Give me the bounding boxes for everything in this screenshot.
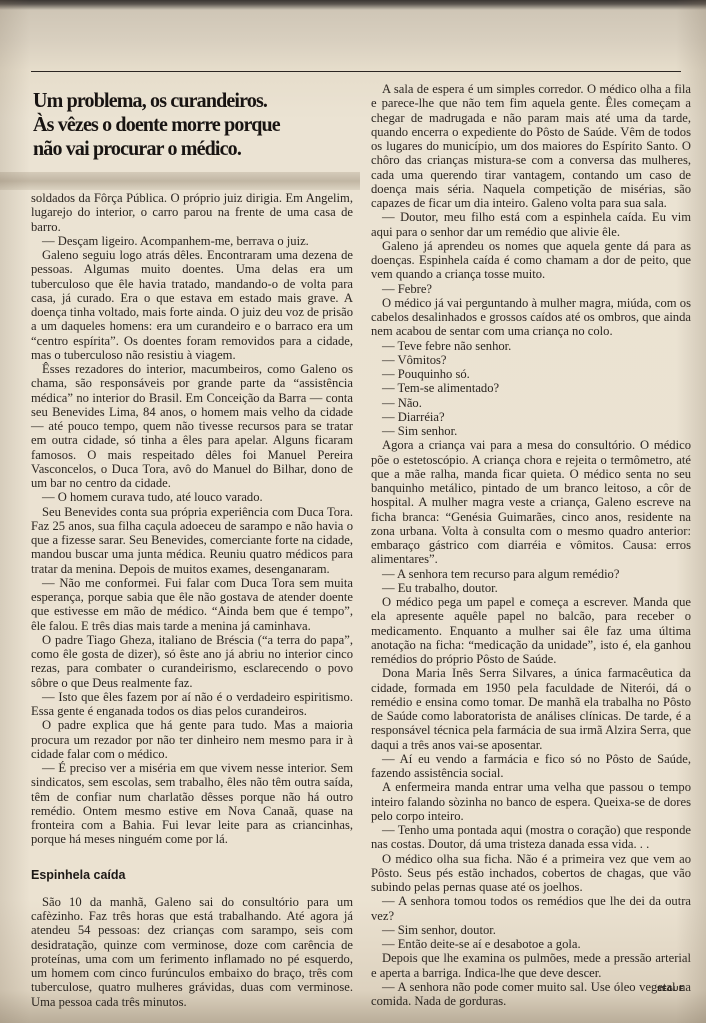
- paragraph: — O homem curava tudo, até louco varado.: [31, 490, 353, 504]
- paragraph: — Vômitos?: [371, 353, 691, 367]
- magazine-page: Um problema, os curandeiros. Às vêzes o …: [0, 0, 706, 1023]
- paragraph: — Não me conformei. Fui falar com Duca T…: [31, 576, 353, 633]
- left-column-after-subhead: São 10 da manhã, Galeno sai do consultór…: [31, 895, 353, 1009]
- paragraph: Agora a criança vai para a mesa do consu…: [371, 438, 691, 566]
- paragraph: Seu Benevides conta sua própria experiên…: [31, 505, 353, 576]
- paragraph: — Isto que êles fazem por aí não é o ver…: [31, 690, 353, 719]
- headline-line-3: não vai procurar o médico.: [33, 136, 331, 160]
- paragraph: — Sim senhor.: [371, 424, 691, 438]
- paragraph: O médico pega um papel e começa a escrev…: [371, 595, 691, 666]
- paragraph: Galeno já aprendeu os nomes que aquela g…: [371, 239, 691, 282]
- paragraph: O padre explica que há gente para tudo. …: [31, 718, 353, 761]
- right-column-paragraphs: A sala de espera é um simples corredor. …: [371, 82, 691, 1008]
- paragraph: — A senhora tomou todos os remédios que …: [371, 894, 691, 923]
- paragraph: — É preciso ver a miséria em que vivem n…: [31, 761, 353, 847]
- paragraph: — Teve febre não senhor.: [371, 339, 691, 353]
- paragraph: — Febre?: [371, 282, 691, 296]
- section-subhead: Espinhela caída: [31, 868, 353, 882]
- headline-line-2: Às vêzes o doente morre porque: [33, 112, 331, 136]
- left-column: soldados da Fôrça Pública. O próprio jui…: [31, 191, 353, 1009]
- continuation-mark: SEGUE: [657, 986, 684, 993]
- paragraph: O médico já vai perguntando à mulher mag…: [371, 296, 691, 339]
- paragraph: — Tenho uma pontada aqui (mostra o coraç…: [371, 823, 691, 852]
- right-column: A sala de espera é um simples corredor. …: [371, 82, 691, 1008]
- paragraph: — Pouquinho só.: [371, 367, 691, 381]
- paragraph: — Sim senhor, doutor.: [371, 923, 691, 937]
- top-rule-divider: [31, 71, 681, 72]
- paragraph: Galeno seguiu logo atrás dêles. Encontra…: [31, 248, 353, 362]
- paragraph: — Eu trabalho, doutor.: [371, 581, 691, 595]
- headline-line-1: Um problema, os curandeiros.: [33, 88, 331, 112]
- paragraph: — Doutor, meu filho está com a espinhela…: [371, 210, 691, 239]
- paragraph: A sala de espera é um simples corredor. …: [371, 82, 691, 210]
- paragraph: Êsses rezadores do interior, macumbeiros…: [31, 362, 353, 490]
- paragraph: Depois que lhe examina os pulmões, mede …: [371, 951, 691, 980]
- paragraph: — Não.: [371, 396, 691, 410]
- paragraph: São 10 da manhã, Galeno sai do consultór…: [31, 895, 353, 1009]
- paragraph: soldados da Fôrça Pública. O próprio jui…: [31, 191, 353, 234]
- paragraph: — Tem-se alimentado?: [371, 381, 691, 395]
- paragraph: — Desçam ligeiro. Acompanhem-me, berrava…: [31, 234, 353, 248]
- paragraph: — Diarréia?: [371, 410, 691, 424]
- paragraph: — A senhora não pode comer muito sal. Us…: [371, 980, 691, 1009]
- headline-shadow-band: [0, 172, 360, 190]
- left-column-paragraphs: soldados da Fôrça Pública. O próprio jui…: [31, 191, 353, 847]
- paragraph: — A senhora tem recurso para algum reméd…: [371, 567, 691, 581]
- paragraph: O médico olha sua ficha. Não é a primeir…: [371, 852, 691, 895]
- paragraph: A enfermeira manda entrar uma velha que …: [371, 780, 691, 823]
- paragraph: Dona Maria Inês Serra Silvares, a única …: [371, 666, 691, 752]
- paragraph: — Então deite-se aí e desabotoe a gola.: [371, 937, 691, 951]
- paragraph: O padre Tiago Gheza, italiano de Bréscia…: [31, 633, 353, 690]
- article-headline: Um problema, os curandeiros. Às vêzes o …: [33, 88, 331, 160]
- paragraph: — Aí eu vendo a farmácia e fico só no Pô…: [371, 752, 691, 781]
